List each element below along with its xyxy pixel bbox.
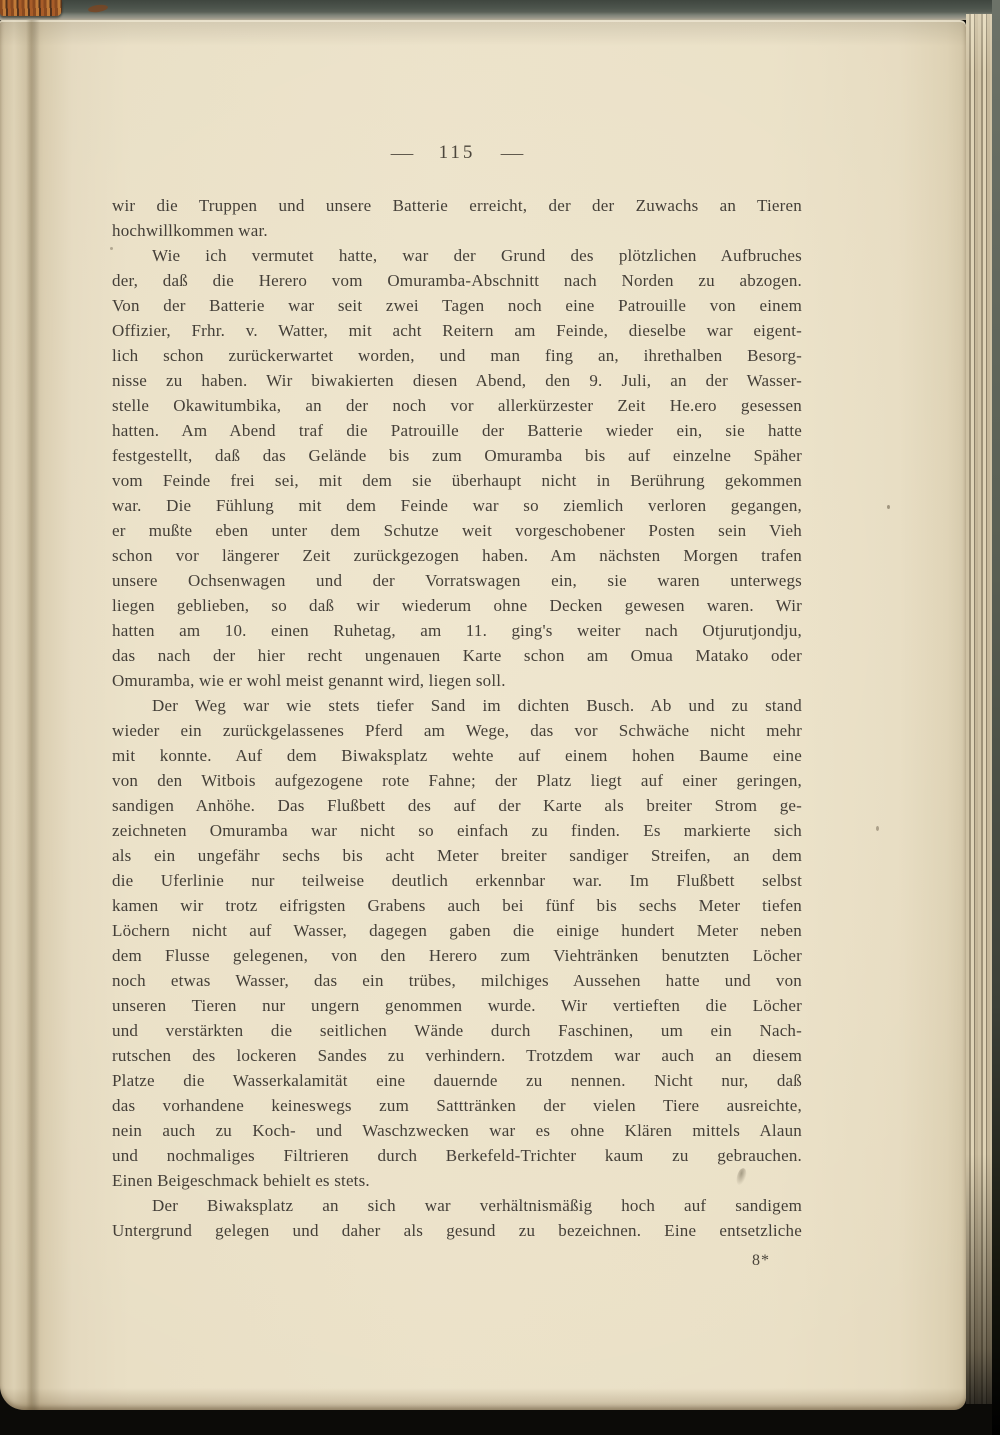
text-line: von den Witbois aufgezogene rote Fahne; … [112,768,802,793]
text-line: Der Biwaksplatz an sich war verhältnismä… [112,1193,802,1218]
text-line: Der Weg war wie stets tiefer Sand im dic… [112,693,802,718]
text-line: unsere Ochsenwagen und der Vorratswagen … [112,568,802,593]
paragraph: Der Weg war wie stets tiefer Sand im dic… [112,693,802,1193]
gutter-crease [26,20,40,1410]
text-line: stelle Okawitumbika, an der noch vor all… [112,393,802,418]
text-line: festgestellt, daß das Gelände bis zum Om… [112,443,802,468]
text-line: hochwillkommen war. [112,218,802,243]
text-line: hatten. Am Abend traf die Patrouille der… [112,418,802,443]
text-line: dem Flusse gelegenen, von den Herero zum… [112,943,802,968]
text-line: er mußte eben unter dem Schutze weit vor… [112,518,802,543]
text-line: Untergrund gelegen und daher als gesund … [112,1218,802,1243]
header-dash-right: — [501,143,524,164]
text-line: rutschen des lockeren Sandes zu verhinde… [112,1043,802,1068]
text-line: Platze die Wasserkalamität eine dauernde… [112,1068,802,1093]
text-line: war. Die Fühlung mit dem Feinde war so z… [112,493,802,518]
scan-speck [876,826,879,831]
text-line: wir die Truppen und unsere Batterie erre… [112,193,802,218]
text-line: sandigen Anhöhe. Das Flußbett des auf de… [112,793,802,818]
text-line: schon vor längerer Zeit zurückgezogen ha… [112,543,802,568]
text-line: mit konnte. Auf dem Biwaksplatz wehte au… [112,743,802,768]
text-line: wieder ein zurückgelassenes Pferd am Weg… [112,718,802,743]
book-cover-top-edge [0,0,1000,20]
paragraph: Der Biwaksplatz an sich war verhältnismä… [112,1193,802,1243]
text-line: Löchern nicht auf Wasser, dagegen gaben … [112,918,802,943]
page-header: — 115 — [112,142,802,164]
text-line: liegen geblieben, so daß wir wiederum oh… [112,593,802,618]
scan-speck [110,247,113,250]
text-line: Omuramba, wie er wohl meist genannt wird… [112,668,802,693]
book-cover-right-edge [992,0,1000,1435]
text-line: der, daß die Herero vom Omuramba-Abschni… [112,268,802,293]
text-line: vom Feinde frei sei, mit dem sie überhau… [112,468,802,493]
text-line: das vorhandene keineswegs zum Satttränke… [112,1093,802,1118]
text-line: das nach der hier recht ungenauen Karte … [112,643,802,668]
text-line: zeichneten Omuramba war nicht so einfach… [112,818,802,843]
text-line: nisse zu haben. Wir biwakierten diesen A… [112,368,802,393]
text-line: Einen Beigeschmack behielt es stets. [112,1168,802,1193]
text-line: Offizier, Frhr. v. Watter, mit acht Reit… [112,318,802,343]
header-dash-left: — [390,143,413,164]
page-stack-fore-edge [966,14,992,1404]
text-line: nein auch zu Koch- und Waschzwecken war … [112,1118,802,1143]
book-page: — 115 — wir die Truppen und unsere Batte… [0,20,966,1410]
text-line: lich schon zurückerwartet worden, und ma… [112,343,802,368]
text-line: kamen wir trotz eifrigsten Grabens auch … [112,893,802,918]
book-photo: { "document": { "page_number": "115", "h… [0,0,1000,1435]
text-line: die Uferlinie nur teilweise deutlich erk… [112,868,802,893]
paragraph: wir die Truppen und unsere Batterie erre… [112,193,802,243]
text-line: und verstärkten die seitlichen Wände dur… [112,1018,802,1043]
headband [0,0,62,16]
body-text: wir die Truppen und unsere Batterie erre… [112,193,802,1243]
text-line: hatten am 10. einen Ruhetag, am 11. ging… [112,618,802,643]
text-line: Von der Batterie war seit zwei Tagen noc… [112,293,802,318]
signature-mark: 8* [752,1252,770,1270]
page-number: 115 [439,142,476,164]
text-line: unseren Tieren nur ungern genommen wurde… [112,993,802,1018]
text-line: und nochmaliges Filtrieren durch Berkefe… [112,1143,802,1168]
paragraph: Wie ich vermutet hatte, war der Grund de… [112,243,802,693]
text-line: als ein ungefähr sechs bis acht Meter br… [112,843,802,868]
text-line: noch etwas Wasser, das ein trübes, milch… [112,968,802,993]
scan-speck [887,505,890,509]
text-line: Wie ich vermutet hatte, war der Grund de… [112,243,802,268]
